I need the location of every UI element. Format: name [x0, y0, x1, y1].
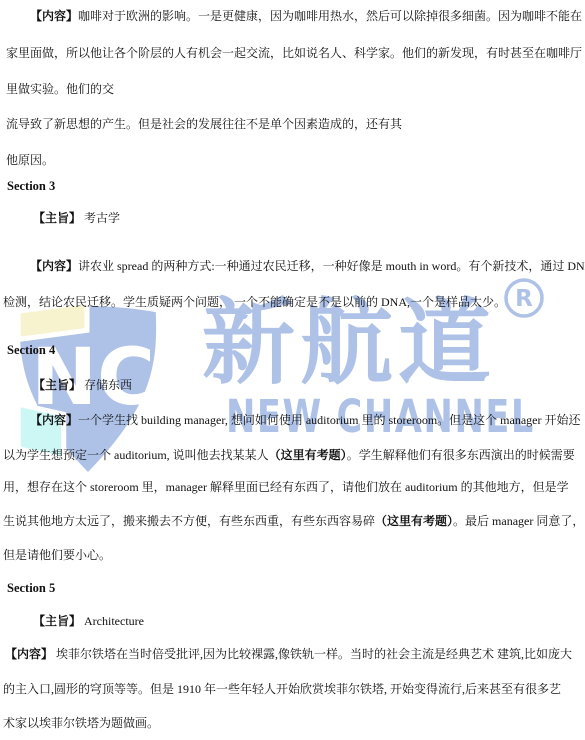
content-line: 术家以埃菲尔铁塔为题做画。 [3, 716, 159, 730]
text-segment: 埃菲尔铁塔在当时倍受批评,因为比较裸露,像铁轨一样。当时的社会主流是经典艺术 建… [53, 647, 572, 661]
content-line: 的主入口,圆形的穹顶等等。但是 1910 年一些年轻人开始欣赏埃菲尔铁塔, 开始… [3, 682, 561, 696]
document-text: 【内容】咖啡对于欧洲的影响。一是更健康，因为咖啡用热水，然后可以除掉很多细菌。因… [0, 0, 585, 740]
bold-text-segment: 【主旨】 [33, 378, 81, 392]
content-line: 检测，结论农民迁移。学生质疑两个问题， 一个不能确定是不是以前的 DNA,一个是… [3, 295, 506, 309]
bold-text-segment: 【内容】 [30, 259, 78, 273]
bold-text-segment: 【主旨】 [33, 614, 81, 628]
text-segment: 检测，结论农民迁移。学生质疑两个问题， 一个不能确定是不是以前的 DNA,一个是… [3, 295, 506, 309]
bold-text-segment: 【内容】 [30, 413, 78, 427]
bold-text-segment: Section 5 [7, 581, 55, 595]
content-line: 家里面做，所以他让各个阶层的人有机会一起交流，比如说名人、科学家。他们的新发现，… [6, 46, 582, 60]
topic-line: 【主旨】 Architecture [33, 614, 144, 628]
content-line: 用，想存在这个 storeroom 里，manager 解释里面已经有东西了，请… [3, 480, 569, 494]
section-heading: Section 5 [7, 581, 55, 595]
bold-text-segment: （这里有考题） [375, 514, 453, 528]
text-segment: 用，想存在这个 storeroom 里，manager 解释里面已经有东西了，请… [3, 480, 569, 494]
text-segment: 考古学 [81, 211, 120, 225]
topic-line: 【主旨】 存储东西 [33, 378, 132, 392]
text-segment: 。学生解释他们有很多东西演出的时候需要 [347, 448, 575, 462]
content-line: 【内容】讲农业 spread 的两种方式:一种通过农民迁移，一种好像是 mout… [30, 259, 585, 273]
document-page: NC 新航道 NEW CHANNEL R 【内容】咖啡对于欧洲的影响。一是更健康… [0, 0, 585, 740]
section-heading: Section 3 [7, 179, 55, 193]
text-segment: 以为学生想预定一个 auditorium, 说叫他去找某某人 [3, 448, 269, 462]
text-segment: 存储东西 [81, 378, 132, 392]
text-segment: 一个学生找 building manager, 想问如何使用 auditoriu… [78, 413, 580, 427]
bold-text-segment: 【内容】 [5, 647, 53, 661]
text-segment: 生说其他地方太远了，搬来搬去不方便，有些东西重，有些东西容易碎 [3, 514, 375, 528]
content-line: 生说其他地方太远了，搬来搬去不方便，有些东西重，有些东西容易碎（这里有考题）。最… [3, 514, 584, 528]
text-segment: 的主入口,圆形的穹顶等等。但是 1910 年一些年轻人开始欣赏埃菲尔铁塔, 开始… [3, 682, 561, 696]
text-segment: 但是请他们要小心。 [3, 548, 111, 562]
bold-text-segment: 【内容】 [30, 9, 78, 23]
text-segment: 他原因。 [6, 153, 54, 167]
bold-text-segment: Section 3 [7, 179, 55, 193]
text-segment: 流导致了新思想的产生。但是社会的发展往往不是单个因素造成的，还有其 [6, 117, 402, 131]
bold-text-segment: （这里有考题） [269, 448, 347, 462]
content-line: 【内容】咖啡对于欧洲的影响。一是更健康，因为咖啡用热水，然后可以除掉很多细菌。因… [30, 9, 582, 23]
content-line: 但是请他们要小心。 [3, 548, 111, 562]
bold-text-segment: 【主旨】 [33, 211, 81, 225]
topic-line: 【主旨】 考古学 [33, 211, 120, 225]
text-segment: 讲农业 spread 的两种方式:一种通过农民迁移，一种好像是 mouth in… [78, 259, 585, 273]
content-line: 【内容】 埃菲尔铁塔在当时倍受批评,因为比较裸露,像铁轨一样。当时的社会主流是经… [5, 647, 572, 661]
content-line: 流导致了新思想的产生。但是社会的发展往往不是单个因素造成的，还有其 [6, 117, 402, 131]
content-line: 里做实验。他们的交 [6, 82, 114, 96]
text-segment: 。最后 manager 同意了， [453, 514, 584, 528]
content-line: 以为学生想预定一个 auditorium, 说叫他去找某某人（这里有考题）。学生… [3, 448, 575, 462]
content-line: 【内容】一个学生找 building manager, 想问如何使用 audit… [30, 413, 580, 427]
text-segment: Architecture [81, 614, 144, 628]
content-line: 他原因。 [6, 153, 54, 167]
text-segment: 家里面做，所以他让各个阶层的人有机会一起交流，比如说名人、科学家。他们的新发现，… [6, 46, 582, 60]
text-segment: 咖啡对于欧洲的影响。一是更健康，因为咖啡用热水，然后可以除掉很多细菌。因为咖啡不… [78, 9, 582, 23]
text-segment: 里做实验。他们的交 [6, 82, 114, 96]
section-heading: Section 4 [7, 343, 55, 357]
text-segment: 术家以埃菲尔铁塔为题做画。 [3, 716, 159, 730]
bold-text-segment: Section 4 [7, 343, 55, 357]
